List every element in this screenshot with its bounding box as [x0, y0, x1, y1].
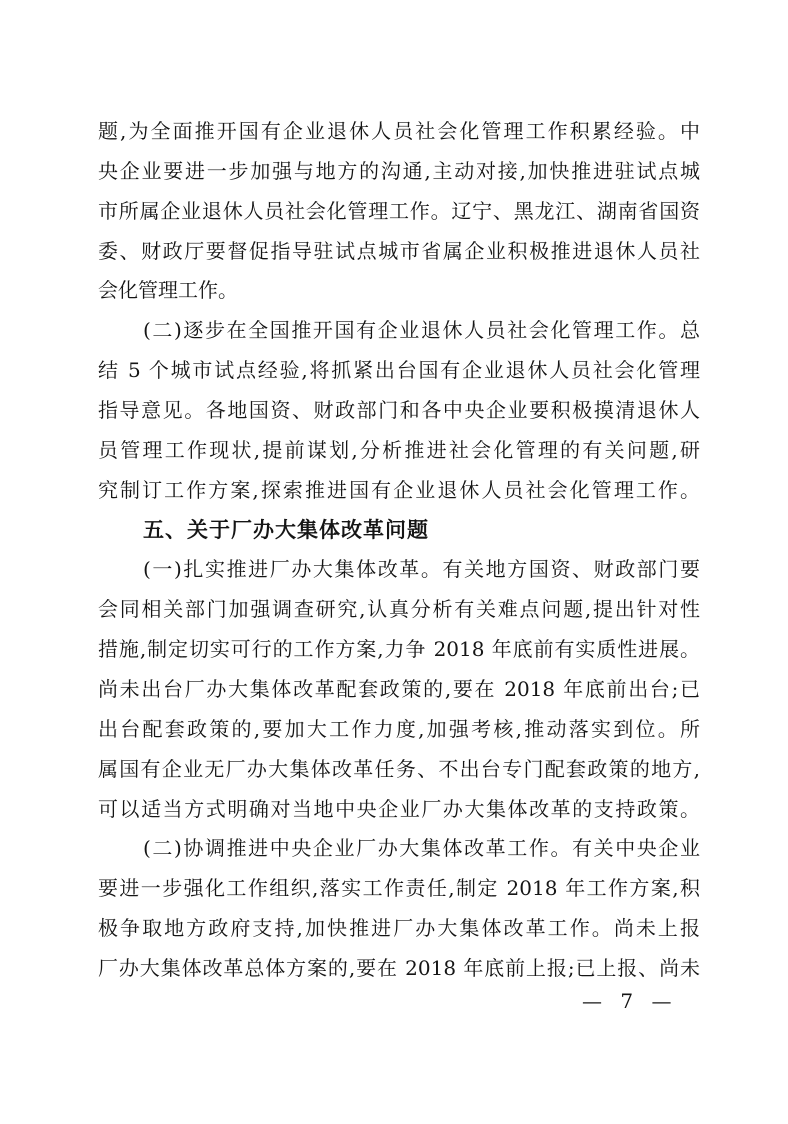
text-line: (二)逐步在全国推开国有企业退休人员社会化管理工作。总 — [98, 311, 700, 351]
text-line: 指导意见。各地国资、财政部门和各中央企业要积极摸清退休人 — [98, 391, 700, 431]
text-line: 措施,制定切实可行的工作方案,力争 2018 年底前有实质性进展。 — [98, 630, 700, 670]
text-line: 出台配套政策的,要加大工作力度,加强考核,推动落实到位。所 — [98, 710, 700, 750]
text-line: 可以适当方式明确对当地中央企业厂办大集体改革的支持政策。 — [98, 790, 700, 830]
text-line: 委、财政厅要督促指导驻试点城市省属企业积极推进退休人员社 — [98, 232, 700, 272]
text-line: 结 5 个城市试点经验,将抓紧出台国有企业退休人员社会化管理 — [98, 351, 700, 391]
paragraph-3: (一)扎实推进厂办大集体改革。有关地方国资、财政部门要 会同相关部门加强调查研究… — [98, 550, 700, 829]
text-line: 市所属企业退休人员社会化管理工作。辽宁、黑龙江、湖南省国资 — [98, 192, 700, 232]
section-heading: 五、关于厂办大集体改革问题 — [98, 511, 700, 551]
text-line: 属国有企业无厂办大集体改革任务、不出台专门配套政策的地方, — [98, 750, 700, 790]
text-line: 厂办大集体改革总体方案的,要在 2018 年底前上报;已上报、尚未 — [98, 949, 700, 989]
text-line: 央企业要进一步加强与地方的沟通,主动对接,加快推进驻试点城 — [98, 152, 700, 192]
text-line: (二)协调推进中央企业厂办大集体改革工作。有关中央企业 — [98, 829, 700, 869]
text-line: 究制订工作方案,探索推进国有企业退休人员社会化管理工作。 — [98, 471, 700, 511]
text-line: 极争取地方政府支持,加快推进厂办大集体改革工作。尚未上报 — [98, 909, 700, 949]
text-line: 题,为全面推开国有企业退休人员社会化管理工作积累经验。中 — [98, 112, 700, 152]
paragraph-1: 题,为全面推开国有企业退休人员社会化管理工作积累经验。中 央企业要进一步加强与地… — [98, 112, 700, 311]
text-line: 要进一步强化工作组织,落实工作责任,制定 2018 年工作方案,积 — [98, 869, 700, 909]
document-page: 题,为全面推开国有企业退休人员社会化管理工作积累经验。中 央企业要进一步加强与地… — [0, 0, 788, 1124]
text-line: 员管理工作现状,提前谋划,分析推进社会化管理的有关问题,研 — [98, 431, 700, 471]
text-line: (一)扎实推进厂办大集体改革。有关地方国资、财政部门要 — [98, 550, 700, 590]
text-line: 会同相关部门加强调查研究,认真分析有关难点问题,提出针对性 — [98, 590, 700, 630]
page-number: — 7 — — [582, 988, 692, 1014]
paragraph-4: (二)协调推进中央企业厂办大集体改革工作。有关中央企业 要进一步强化工作组织,落… — [98, 829, 700, 988]
paragraph-2: (二)逐步在全国推开国有企业退休人员社会化管理工作。总 结 5 个城市试点经验,… — [98, 311, 700, 510]
text-line: 尚未出台厂办大集体改革配套政策的,要在 2018 年底前出台;已 — [98, 670, 700, 710]
text-line: 会化管理工作。 — [98, 271, 700, 311]
document-text-block: 题,为全面推开国有企业退休人员社会化管理工作积累经验。中 央企业要进一步加强与地… — [98, 112, 700, 989]
